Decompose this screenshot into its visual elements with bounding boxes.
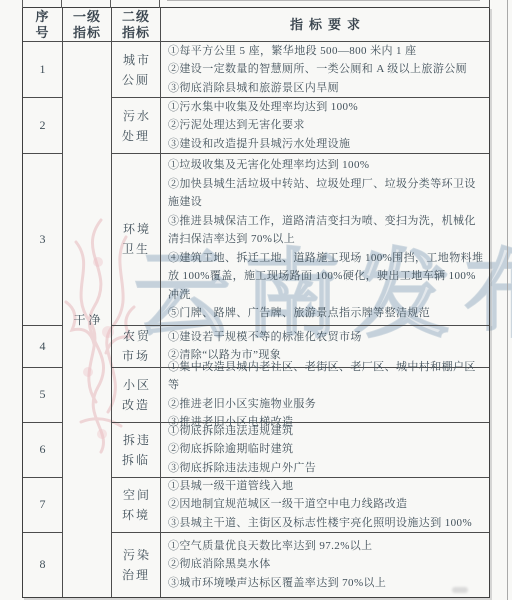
page-edge-line bbox=[507, 0, 508, 600]
requirement-line: ①每平方公里 5 座，繁华地段 500—800 米内 1 座 bbox=[168, 42, 484, 61]
requirements-cell: ①每平方公里 5 座，繁华地段 500—800 米内 1 座 ②建设一定数量的智… bbox=[161, 42, 489, 98]
header-cell-secondary: 二级 指标 bbox=[112, 8, 161, 42]
requirement-line: ②推进老旧小区实施物业服务 bbox=[168, 395, 484, 414]
row-number-cell: 8 bbox=[23, 533, 63, 597]
requirement-line: ③推进县城保洁工作，道路清洁变扫为喷、变扫为洗，机械化清扫保洁率达到 70%以上 bbox=[168, 212, 484, 249]
requirement-line: ①污水集中收集及处理率均达到 100% bbox=[168, 98, 484, 117]
indicator-table: 序 号 一级 指标 二级 指标 指标要求 干净 1 城市 公厕 ①每平方公里 5… bbox=[22, 7, 490, 598]
top-scan-artifact bbox=[167, 0, 480, 1]
row-number-cell: 5 bbox=[23, 368, 63, 423]
table-top-stub bbox=[61, 0, 62, 8]
secondary-indicator-cell: 空间 环境 bbox=[112, 478, 161, 533]
requirement-line: ①集中改造县城内老社区、老街区、老厂区、城中村和棚户区等 bbox=[168, 358, 484, 395]
requirement-line: ③县城主干道、主街区及标志性楼宇亮化照明设施达到 100% bbox=[168, 514, 484, 533]
secondary-indicator-cell: 农贸 市场 bbox=[112, 326, 161, 368]
row-number-cell: 4 bbox=[23, 326, 63, 368]
row-number-cell: 6 bbox=[23, 423, 63, 478]
requirement-line: ②污泥处理达到无害化要求 bbox=[168, 116, 484, 135]
requirements-cell: ①彻底拆除违法违规建筑 ②彻底拆除逾期临时建筑 ③彻底拆除违法违规户外广告 bbox=[161, 423, 489, 478]
secondary-indicator-cell: 城市 公厕 bbox=[112, 42, 161, 98]
requirement-line: ①县城一级干道管线入地 bbox=[168, 477, 484, 496]
requirements-cell: ①集中改造县城内老社区、老街区、老厂区、城中村和棚户区等 ②推进老旧小区实施物业… bbox=[161, 368, 489, 423]
table-top-stub bbox=[489, 0, 490, 8]
requirements-cell: ①县城一级干道管线入地 ②因地制宜规范城区一级干道空中电力线路改造 ③县城主干道… bbox=[161, 478, 489, 533]
requirement-line: ④建筑工地、拆迁工地、道路施工现场 100%围挡，工地物料堆放 100%覆盖，施… bbox=[168, 249, 484, 305]
requirement-line: ②彻底拆除逾期临时建筑 bbox=[168, 440, 484, 459]
table-top-stub bbox=[110, 0, 111, 8]
requirement-line: ①彻底拆除违法违规建筑 bbox=[168, 422, 484, 441]
requirement-line: ③彻底消除县城和旅游景区内旱厕 bbox=[168, 79, 484, 98]
requirements-cell: ①垃圾收集及无害化处理率均达到 100% ②加快县城生活垃圾中转站、垃圾处理厂、… bbox=[161, 154, 489, 326]
requirement-line: ②加快县城生活垃圾中转站、垃圾处理厂、垃圾分类等环卫设施建设 bbox=[168, 175, 484, 212]
row-number-cell: 3 bbox=[23, 154, 63, 326]
faint-page-mark bbox=[452, 587, 468, 593]
row-number-cell: 1 bbox=[23, 42, 63, 98]
requirements-cell: ①空气质量优良天数比率达到 97.2%以上 ②彻底消除黑臭水体 ③城市环境噪声达… bbox=[161, 533, 489, 597]
row-number-cell: 2 bbox=[23, 98, 63, 154]
primary-indicator-cell: 干净 bbox=[63, 42, 112, 597]
secondary-indicator-cell: 环境 卫生 bbox=[112, 154, 161, 326]
requirement-line: ②彻底消除黑臭水体 bbox=[168, 555, 484, 574]
requirements-cell: ①污水集中收集及处理率均达到 100% ②污泥处理达到无害化要求 ③建设和改造提… bbox=[161, 98, 489, 154]
secondary-indicator-cell: 污染 治理 bbox=[112, 533, 161, 597]
row-number-cell: 7 bbox=[23, 478, 63, 533]
secondary-indicator-cell: 污水 处理 bbox=[112, 98, 161, 154]
header-cell-requirements: 指标要求 bbox=[161, 8, 489, 42]
requirement-line: ③彻底拆除违法违规户外广告 bbox=[168, 459, 484, 478]
requirement-line: ①垃圾收集及无害化处理率均达到 100% bbox=[168, 156, 484, 175]
header-cell-no: 序 号 bbox=[23, 8, 63, 42]
table-top-stub bbox=[22, 0, 23, 8]
secondary-indicator-cell: 小区 改造 bbox=[112, 368, 161, 423]
requirement-line: ③城市环境噪声达标区覆盖率达到 70%以上 bbox=[168, 574, 484, 593]
requirement-line: ③建设和改造提升县城污水处理设施 bbox=[168, 135, 484, 154]
requirement-line: ⑤门牌、路牌、广告牌、旅游景点指示牌等整洁规范 bbox=[168, 304, 484, 323]
requirement-line: ②建设一定数量的智慧厕所、一类公厕和 A 级以上旅游公厕 bbox=[168, 60, 484, 79]
table-top-stub bbox=[159, 0, 160, 8]
header-cell-primary: 一级 指标 bbox=[63, 8, 112, 42]
requirement-line: ①空气质量优良天数比率达到 97.2%以上 bbox=[168, 537, 484, 556]
requirement-line: ①建设若干规模不等的标准化农贸市场 bbox=[168, 328, 484, 347]
secondary-indicator-cell: 拆违 拆临 bbox=[112, 423, 161, 478]
requirement-line: ②因地制宜规范城区一级干道空中电力线路改造 bbox=[168, 495, 484, 514]
